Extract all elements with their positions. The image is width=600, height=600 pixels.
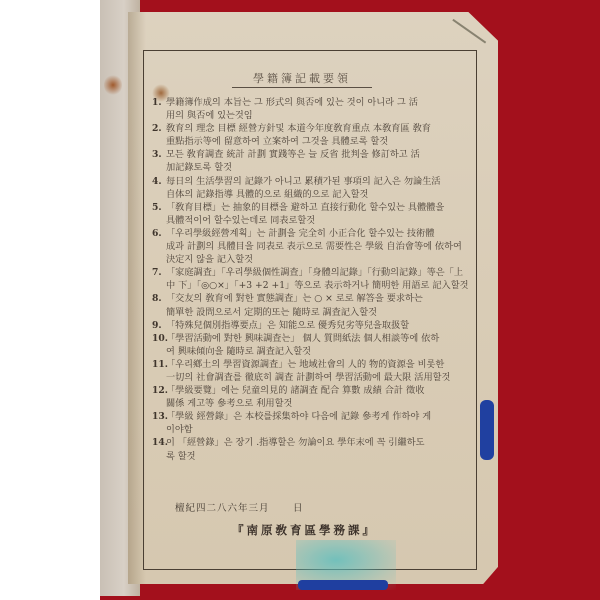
item-text: 「學習活動에 對한 興味調査는」 個人 質問紙法 個人相談等에 依하 [166, 333, 439, 344]
list-item: 14.이 「經營錄」은 장기 .指導할은 勿論이요 學年末에 꼭 引繼하도록 할… [152, 436, 470, 462]
item-text: 每日의 生活學習의 記錄가 아니고 累積가된 事項의 記入은 勿論生活 [166, 176, 441, 187]
list-item: 12.「學級要覽」에는 兒童의見的 諸調査 配合 算數 成績 合計 徵收關係 게… [152, 384, 470, 410]
item-text: 「家庭調査」「우리學級個性調査」「身體의記錄」「行動의記錄」等은「上 [166, 267, 463, 278]
item-continuation: 重點指示等에 留意하여 立案하여 그것을 具體로록 할것 [152, 135, 470, 148]
item-text: 이 「經營錄」은 장기 .指導할은 勿論이요 學年末에 꼭 引繼하도 [166, 437, 425, 448]
date-line: 檀紀四二八六年三月 [175, 500, 270, 514]
list-item: 11.「우리鄕土의 學習資源調査」는 地域社會의 人的 物的資源을 비롯한一切의… [152, 358, 470, 384]
list-item: 9.「特殊兒個別指導要点」은 知能으로 優秀兒劣等兒을取扱할 [152, 319, 470, 332]
item-continuation: 록 할것 [152, 450, 470, 463]
item-text: 敎育의 理念 目標 經營方針및 本道今年度敎育重点 本敎育區 敎育 [166, 123, 431, 134]
item-continuation: 自体의 記錄指導 具體的으로 組織的으로 記入할것 [152, 188, 470, 201]
item-continuation: 이야함 [152, 423, 470, 436]
item-number: 9. [152, 319, 166, 332]
ink-stamp-dark [298, 580, 388, 590]
item-text: 「特殊兒個別指導要点」은 知能으로 優秀兒劣等兒을取扱할 [166, 320, 409, 331]
item-text: 모든 敎育調査 統計 計劃 實踐等은 늘 反省 批判을 修訂하고 活 [166, 149, 420, 160]
list-item: 6.「우리學級經營계획」는 計劃을 完全히 小正合化 할수있는 技術體成과 計劃… [152, 227, 470, 266]
item-number: 5. [152, 201, 166, 214]
list-item: 8.「交友의 敎育에 對한 實態調査」는 ○ × 로로 解答을 要求하는簡單한 … [152, 292, 470, 318]
list-item: 10.「學習活動에 對한 興味調査는」 個人 質問紙法 個人相談等에 依하여 興… [152, 332, 470, 358]
list-item: 5.「敎育目標」는 抽象的目標을 避하고 直接行動化 할수있는 具體體을具體적이… [152, 201, 470, 227]
item-text: 學籍簿作成의 本旨는 그 形式의 與否에 있는 것이 아니라 그 活 [166, 97, 418, 108]
item-number: 11. [152, 358, 166, 371]
white-background [0, 0, 100, 600]
item-number: 14. [152, 436, 166, 449]
item-continuation: 여 興味傾向을 隨時로 調査記入할것 [152, 345, 470, 358]
item-text: 「學級要覽」에는 兒童의見的 諸調査 配合 算數 成績 合計 徵收 [166, 385, 424, 396]
document-title: 學籍簿記載要領 [232, 70, 372, 88]
item-number: 2. [152, 122, 166, 135]
list-item: 3.모든 敎育調査 統計 計劃 實踐等은 늘 反省 批判을 修訂하고 活加記錄토… [152, 148, 470, 174]
instruction-list: 1.學籍簿作成의 本旨는 그 形式의 與否에 있는 것이 아니라 그 活用의 與… [152, 96, 470, 463]
item-number: 8. [152, 292, 166, 305]
item-continuation: 成과 計劃의 具體目을 同表로 表示으로 需要性은 學級 自治會等에 依하여 決… [152, 240, 470, 266]
item-text: 「우리鄕土의 學習資源調査」는 地域社會의 人的 物的資源을 비롯한 [166, 359, 444, 370]
item-number: 1. [152, 96, 166, 109]
item-continuation: 加記錄토록 할것 [152, 161, 470, 174]
ink-mark-edge [480, 400, 494, 460]
list-item: 2.敎育의 理念 目標 經營方針및 本道今年度敎育重点 本敎育區 敎育重點指示等… [152, 122, 470, 148]
list-item: 7.「家庭調査」「우리學級個性調査」「身體의記錄」「行動의記錄」等은「上中 下」… [152, 266, 470, 292]
item-continuation: 用의 與否에 있는것임 [152, 109, 470, 122]
item-number: 13. [152, 410, 166, 423]
item-text: 「우리學級經營계획」는 計劃을 完全히 小正合化 할수있는 技術體 [166, 228, 434, 239]
item-number: 4. [152, 175, 166, 188]
item-number: 3. [152, 148, 166, 161]
date-day: 日 [293, 500, 303, 514]
cover-stain [104, 74, 122, 96]
item-number: 7. [152, 266, 166, 279]
item-continuation: 一切의 社會調査를 徹底히 調査 計劃하여 學習活動에 最大限 活用할것 [152, 371, 470, 384]
item-continuation: 簡單한 設問으로서 定期的또는 隨時로 調査記入할것 [152, 306, 470, 319]
item-continuation: 中 下」「◎○×」「+3 +2 +1」等으로 表示하거나 簡明한 用語로 記入할… [152, 279, 470, 292]
item-text: 「交友의 敎育에 對한 實態調査」는 ○ × 로로 解答을 要求하는 [166, 293, 423, 304]
item-number: 12. [152, 384, 166, 397]
item-text: 「敎育目標」는 抽象的目標을 避하고 直接行動化 할수있는 具體體을 [166, 202, 444, 213]
item-continuation: 關係 게고等 參考으로 利用할것 [152, 397, 470, 410]
list-item: 1.學籍簿作成의 本旨는 그 形式의 與否에 있는 것이 아니라 그 活用의 與… [152, 96, 470, 122]
list-item: 13.「學級 經營錄」은 本校를採集하야 다음에 記錄 參考게 作하야 게이야함 [152, 410, 470, 436]
item-continuation: 具體적이어 할수있는데로 同表로할것 [152, 214, 470, 227]
list-item: 4.每日의 生活學習의 記錄가 아니고 累積가된 事項의 記入은 勿論生活自体의… [152, 175, 470, 201]
issuer-name: 『南原敎育區學務課』 [232, 522, 377, 538]
item-number: 10. [152, 332, 166, 345]
item-text: 「學級 經營錄」은 本校를採集하야 다음에 記錄 參考게 作하야 게 [166, 411, 431, 422]
item-number: 6. [152, 227, 166, 240]
